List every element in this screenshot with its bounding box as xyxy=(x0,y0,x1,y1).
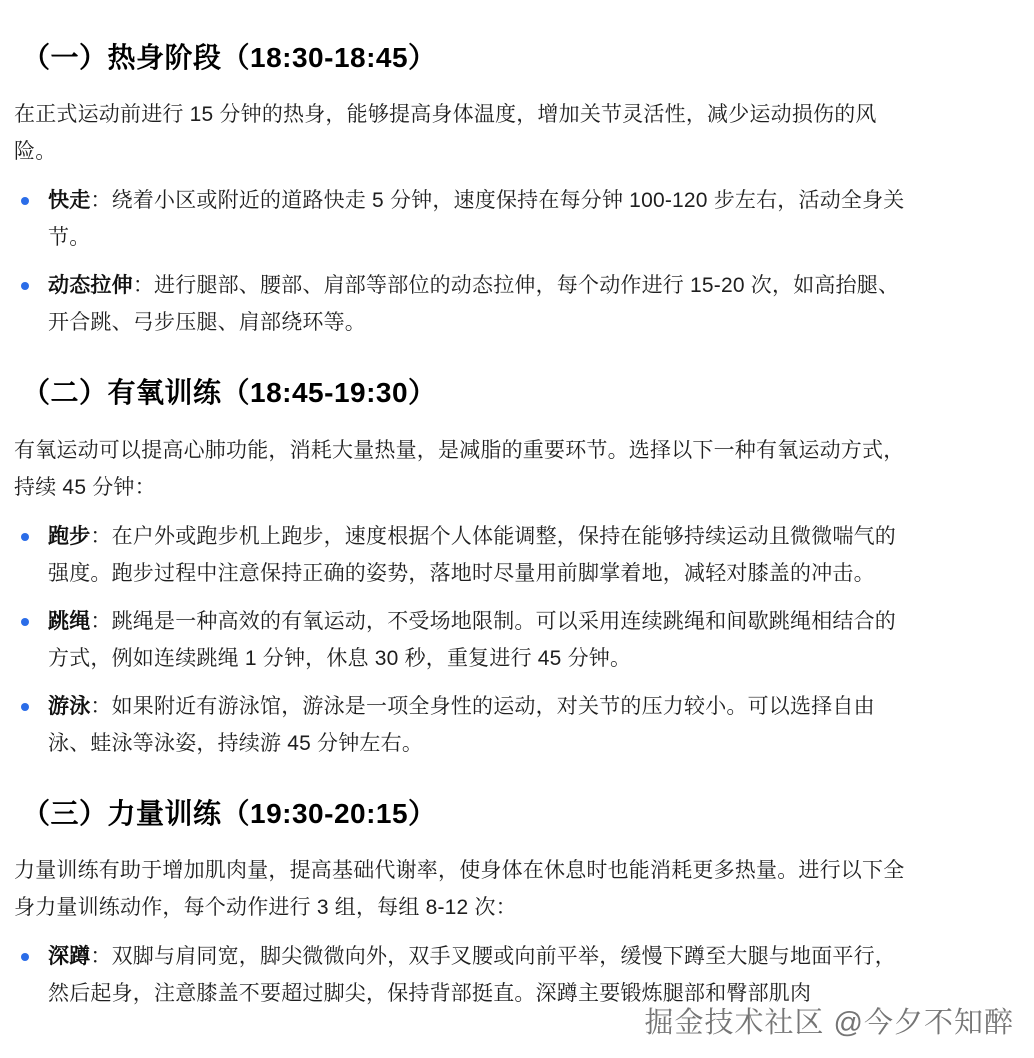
bullet-icon xyxy=(21,197,29,205)
list-item: 动态拉伸：进行腿部、腰部、肩部等部位的动态拉伸，每个动作进行 15-20 次，如… xyxy=(14,267,914,341)
bullet-term: 跳绳 xyxy=(48,610,90,633)
section-heading-warmup: （一）热身阶段（18:30-18:45） xyxy=(14,40,914,76)
bullet-term: 游泳 xyxy=(48,695,90,718)
section-intro-strength: 力量训练有助于增加肌肉量，提高基础代谢率，使身体在休息时也能消耗更多热量。进行以… xyxy=(14,852,914,926)
bullet-desc: ：绕着小区或附近的道路快走 5 分钟，速度保持在每分钟 100-120 步左右，… xyxy=(48,189,905,249)
bullet-term: 快走 xyxy=(48,189,90,212)
warmup-bullet-list: 快走：绕着小区或附近的道路快走 5 分钟，速度保持在每分钟 100-120 步左… xyxy=(14,182,914,341)
strength-bullet-list: 深蹲：双脚与肩同宽，脚尖微微向外，双手叉腰或向前平举，缓慢下蹲至大腿与地面平行，… xyxy=(14,938,914,1012)
cardio-bullet-list: 跑步：在户外或跑步机上跑步，速度根据个人体能调整，保持在能够持续运动且微微喘气的… xyxy=(14,518,914,762)
bullet-term: 深蹲 xyxy=(48,945,90,968)
document-body: （一）热身阶段（18:30-18:45） 在正式运动前进行 15 分钟的热身，能… xyxy=(0,0,1034,1012)
bullet-term: 跑步 xyxy=(48,525,90,548)
section-heading-cardio: （二）有氧训练（18:45-19:30） xyxy=(14,375,914,411)
bullet-icon xyxy=(21,953,29,961)
bullet-desc: ：跳绳是一种高效的有氧运动，不受场地限制。可以采用连续跳绳和间歇跳绳相结合的方式… xyxy=(48,610,896,670)
bullet-icon xyxy=(21,618,29,626)
bullet-desc: ：双脚与肩同宽，脚尖微微向外，双手叉腰或向前平举，缓慢下蹲至大腿与地面平行，然后… xyxy=(48,945,896,1005)
bullet-desc: ：进行腿部、腰部、肩部等部位的动态拉伸，每个动作进行 15-20 次，如高抬腿、… xyxy=(48,274,899,334)
section-cardio: （二）有氧训练（18:45-19:30） 有氧运动可以提高心肺功能，消耗大量热量… xyxy=(14,375,914,761)
section-warmup: （一）热身阶段（18:30-18:45） 在正式运动前进行 15 分钟的热身，能… xyxy=(14,40,914,341)
section-strength: （三）力量训练（19:30-20:15） 力量训练有助于增加肌肉量，提高基础代谢… xyxy=(14,796,914,1012)
list-item: 跑步：在户外或跑步机上跑步，速度根据个人体能调整，保持在能够持续运动且微微喘气的… xyxy=(14,518,914,592)
bullet-desc: ：如果附近有游泳馆，游泳是一项全身性的运动，对关节的压力较小。可以选择自由泳、蛙… xyxy=(48,695,875,755)
list-item: 快走：绕着小区或附近的道路快走 5 分钟，速度保持在每分钟 100-120 步左… xyxy=(14,182,914,256)
list-item: 跳绳：跳绳是一种高效的有氧运动，不受场地限制。可以采用连续跳绳和间歇跳绳相结合的… xyxy=(14,603,914,677)
list-item: 游泳：如果附近有游泳馆，游泳是一项全身性的运动，对关节的压力较小。可以选择自由泳… xyxy=(14,688,914,762)
bullet-icon xyxy=(21,703,29,711)
section-heading-strength: （三）力量训练（19:30-20:15） xyxy=(14,796,914,832)
list-item: 深蹲：双脚与肩同宽，脚尖微微向外，双手叉腰或向前平举，缓慢下蹲至大腿与地面平行，… xyxy=(14,938,914,1012)
bullet-desc: ：在户外或跑步机上跑步，速度根据个人体能调整，保持在能够持续运动且微微喘气的强度… xyxy=(48,525,896,585)
bullet-term: 动态拉伸 xyxy=(48,274,133,297)
section-intro-warmup: 在正式运动前进行 15 分钟的热身，能够提高身体温度，增加关节灵活性，减少运动损… xyxy=(14,96,914,170)
bullet-icon xyxy=(21,282,29,290)
bullet-icon xyxy=(21,533,29,541)
section-intro-cardio: 有氧运动可以提高心肺功能，消耗大量热量，是减脂的重要环节。选择以下一种有氧运动方… xyxy=(14,432,914,506)
